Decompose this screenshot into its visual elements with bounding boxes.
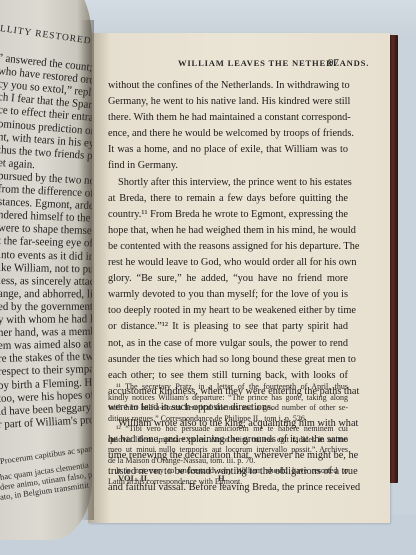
footnote-line: kindly notices William's departure: “The… <box>108 393 348 404</box>
text-line: Shortly after this interview, the prince… <box>108 175 348 191</box>
signature-volume: VOL. II. <box>118 473 149 483</box>
footnotes: ¹¹ The secretary Pratz, in a letter of t… <box>108 382 348 487</box>
footnote-line: quidvis libere imperare potes. Amor enim… <box>108 435 348 446</box>
text-line: hope that, when he had weighed them in h… <box>108 223 348 239</box>
text-line: without the confines of the Netherlands.… <box>108 78 348 94</box>
text-line: or distance.”¹² It is pleasing to see th… <box>108 319 348 335</box>
running-header: WILLIAM LEAVES THE NETHERLANDS. <box>178 58 369 68</box>
left-text-line: ed by the government. He <box>0 301 92 313</box>
left-running-header: LLITY RESTORED. <box>0 24 92 47</box>
footnote-line: de la Maison d'Orange-Nassau, tom. iii. … <box>108 456 348 467</box>
left-text-line: y with whom he had little <box>0 313 92 326</box>
left-text-line: her hand, was a member of <box>0 326 92 339</box>
text-line: ence, and there he would be welcomed by … <box>108 126 348 142</box>
left-text-line: into events as it did into the <box>0 249 92 264</box>
footnote-line: meo ut minui nullo temporis aut locorum … <box>108 445 348 456</box>
text-line: Germany, he went to his native land. His… <box>108 94 348 110</box>
left-text-line: ange, and abhorred, like his <box>0 288 92 301</box>
text-line: rest he would leave to God, who would or… <box>108 255 348 271</box>
footnote-line: with him half-a-dozen heretical doctors … <box>108 403 348 414</box>
page-number: 97 <box>328 57 339 69</box>
left-text-line: respect to their sympathies <box>0 363 92 378</box>
text-line: asunder the ties which had so long bound… <box>108 352 348 368</box>
text-line: country.¹¹ From Breda he wrote to Egmont… <box>108 207 348 223</box>
left-text-line: less, as sincerely attached <box>0 275 92 288</box>
text-line: too deeply rooted in my heart to be weak… <box>108 303 348 319</box>
left-text-line: ike William, not to put his <box>0 262 92 276</box>
left-text-line: et again. <box>0 157 35 171</box>
footnote-line: ¹² “Tibi vero hoc persuade amiciorem me … <box>108 424 348 435</box>
left-page-curl-shadow <box>80 20 94 520</box>
text-line: there. With them he had maintained a con… <box>108 110 348 126</box>
text-line: find in Germany. <box>108 158 348 174</box>
text-line: not, as in the case of more vulgar souls… <box>108 336 348 352</box>
text-line: be contented with the reasons assigned f… <box>108 239 348 255</box>
text-line: It was a home, and no place of exile, th… <box>108 142 348 158</box>
footnote-line: ditious rogues.” Correspondance de Phili… <box>108 414 348 425</box>
text-line: warmly devoted to you than myself; for t… <box>108 287 348 303</box>
footnote-line: ¹¹ The secretary Pratz, in a letter of t… <box>108 382 348 393</box>
text-line: at Breda, there to remain a few days bef… <box>108 191 348 207</box>
left-page-text: LLITY RESTORED. ” answered the count; “i… <box>0 0 92 555</box>
text-line: glory. “Be sure,” he added, “you have no… <box>108 271 348 287</box>
signature-letter: H <box>218 473 225 483</box>
